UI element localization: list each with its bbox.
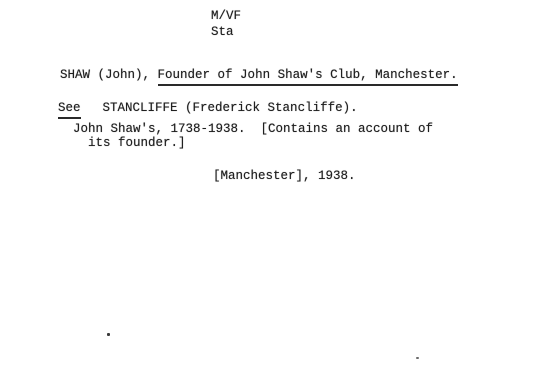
ink-speck: [107, 333, 110, 336]
heading-title-underlined: Founder of John Shaw's Club, Manchester.: [158, 69, 458, 86]
classmark-line-2: Sta: [211, 26, 234, 39]
see-reference-target: STANCLIFFE (Frederick Stancliffe).: [103, 101, 358, 115]
classmark-line-1: M/VF: [211, 10, 241, 23]
see-label: See: [58, 102, 81, 119]
entry-line-2: its founder.]: [88, 137, 186, 150]
imprint-line: [Manchester], 1938.: [213, 170, 356, 183]
catalog-card: M/VF Sta SHAW (John), Founder of John Sh…: [0, 0, 550, 374]
ink-speck: [416, 357, 419, 359]
entry-line-1: John Shaw's, 1738-1938. [Contains an acc…: [73, 123, 433, 136]
heading-name: SHAW (John),: [60, 68, 158, 82]
